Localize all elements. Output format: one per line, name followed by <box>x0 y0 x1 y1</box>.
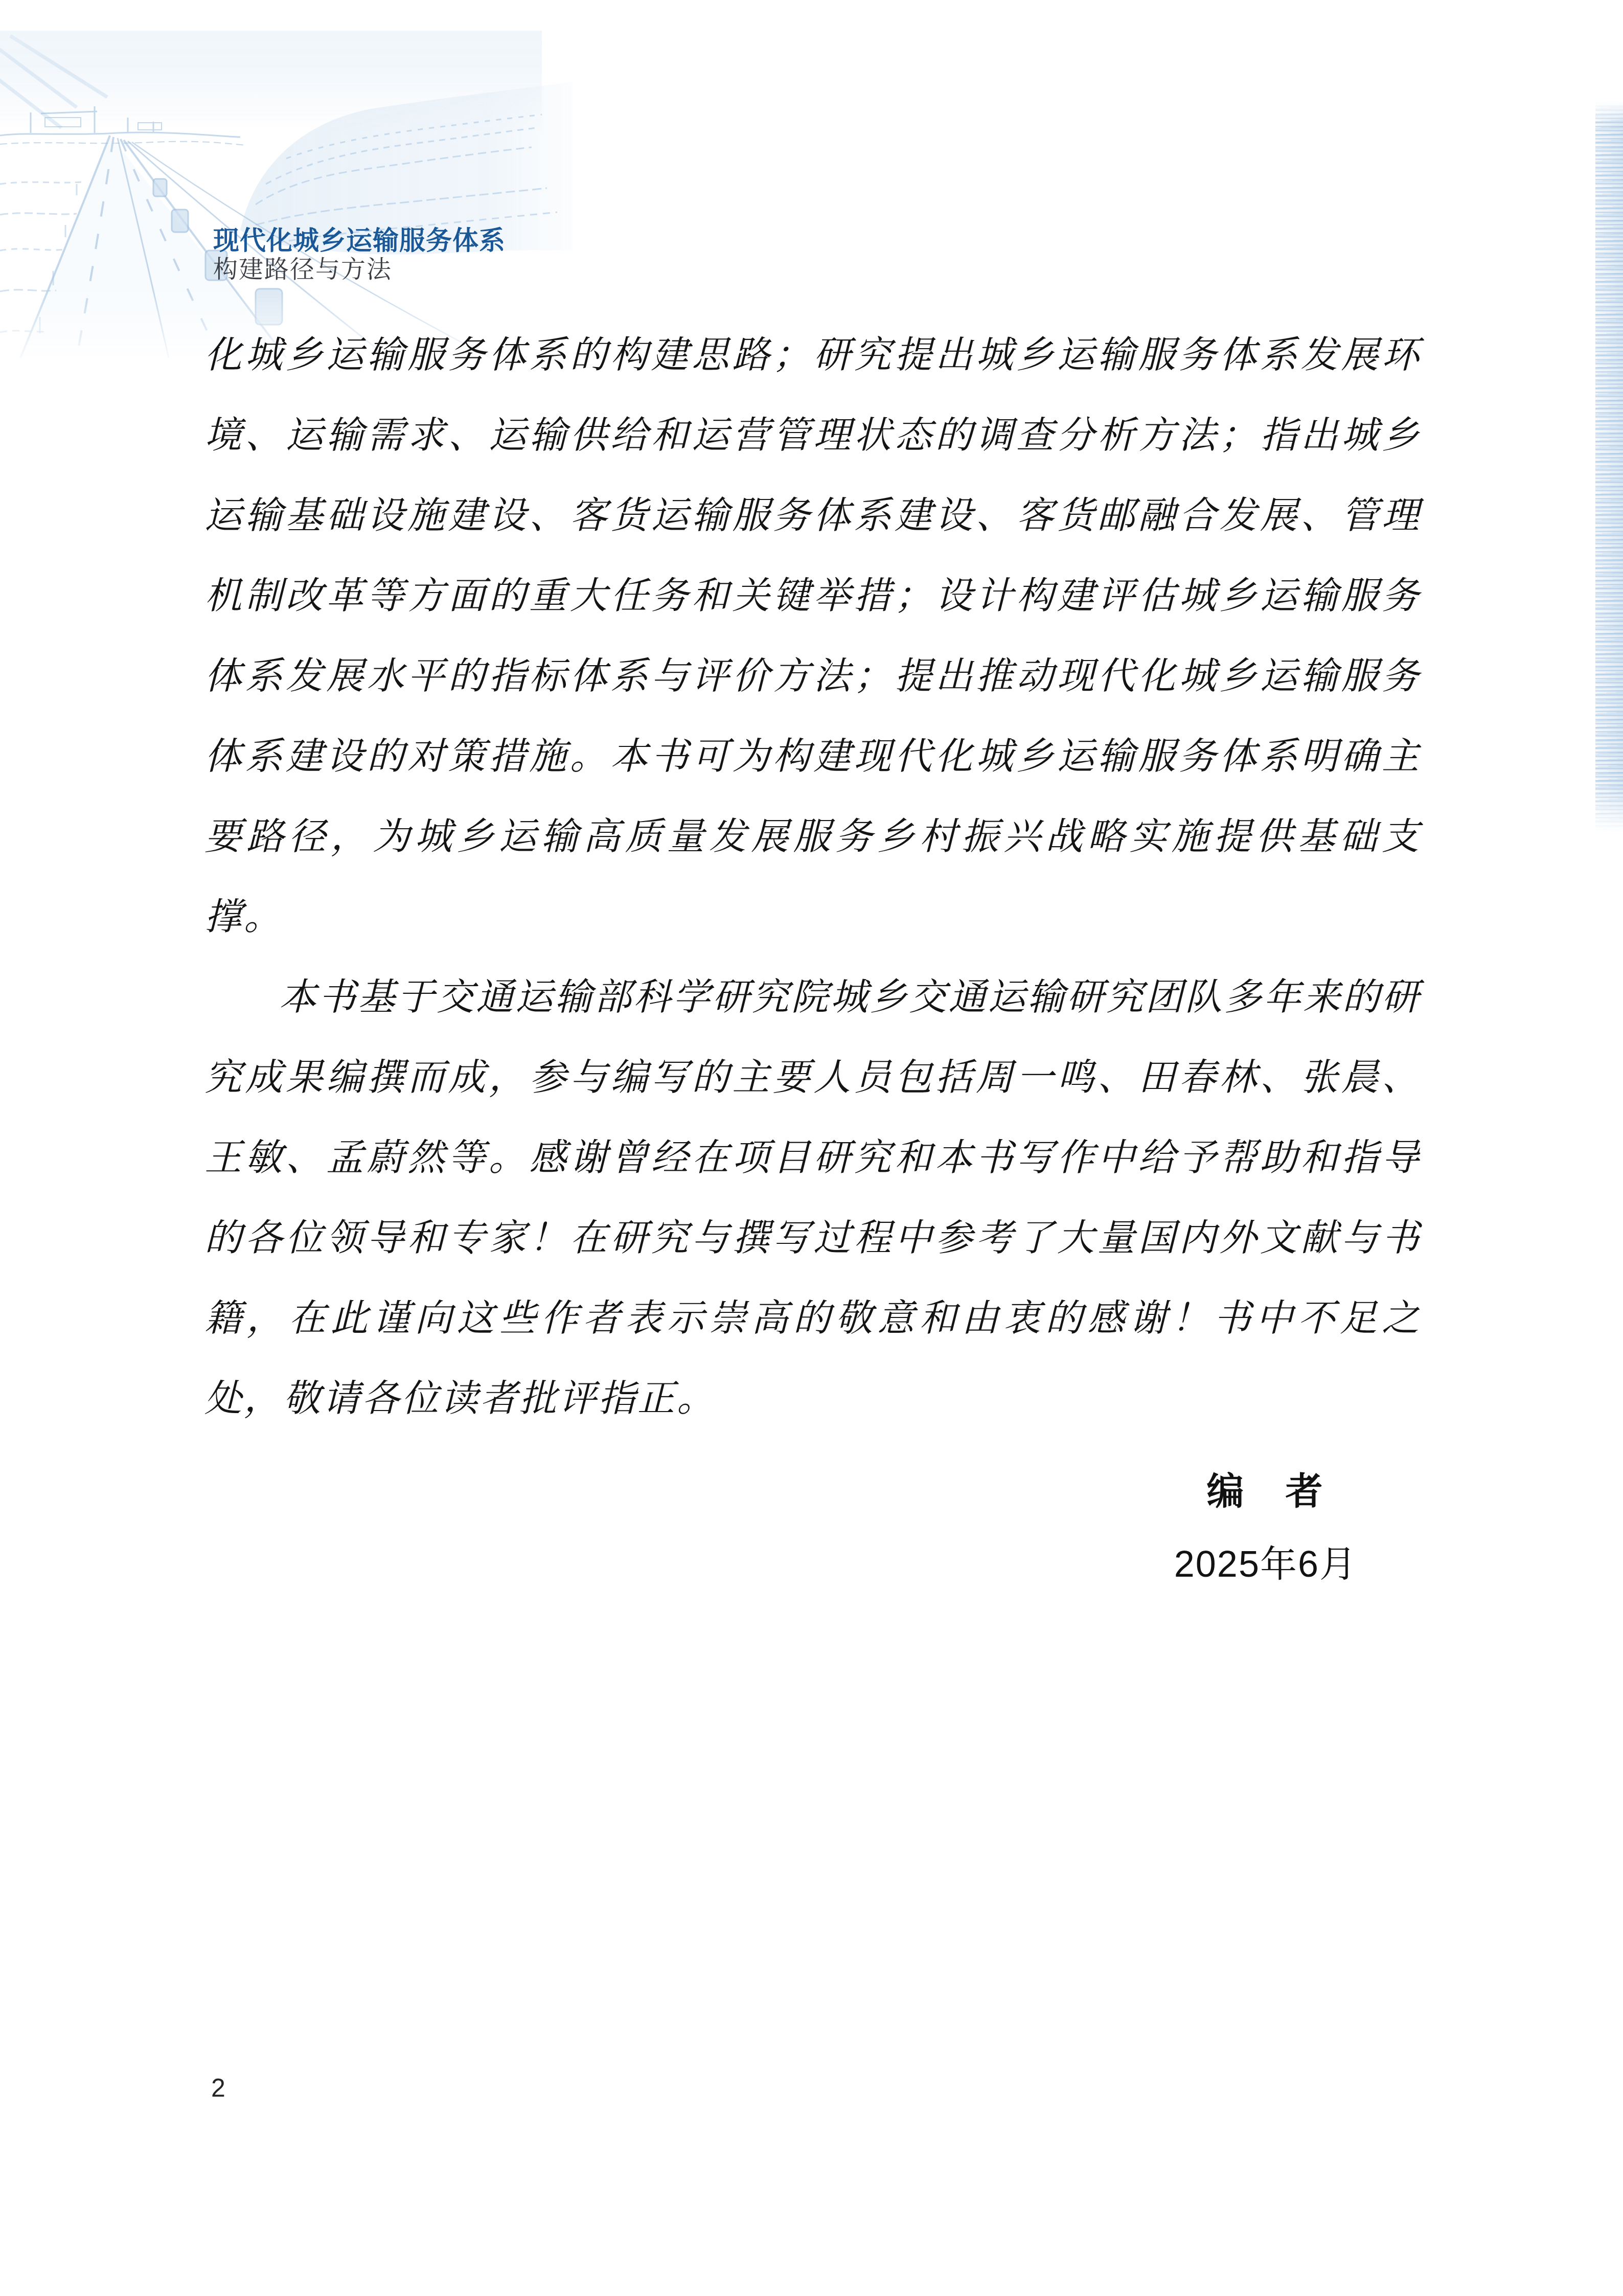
series-title: 现代化城乡运输服务体系 <box>213 225 506 256</box>
preface-body: 化城乡运输服务体系的构建思路；研究提出城乡运输服务体系发展环境、运输需求、运输供… <box>204 315 1421 1439</box>
signature-date: 2025年6月 <box>1174 1544 1357 1585</box>
book-preface-page: 现代化城乡运输服务体系 构建路径与方法 化城乡运输服务体系的构建思路；研究提出城… <box>0 0 1623 2296</box>
signature-block: 编 者 2025年6月 <box>1174 1471 1357 1585</box>
page-edge-watermark <box>1595 101 1623 832</box>
signature-author: 编 者 <box>1174 1471 1357 1512</box>
preface-paragraph-1: 化城乡运输服务体系的构建思路；研究提出城乡运输服务体系发展环境、运输需求、运输供… <box>204 315 1421 957</box>
series-subtitle: 构建路径与方法 <box>213 256 392 284</box>
preface-paragraph-2: 本书基于交通运输部科学研究院城乡交通运输研究团队多年来的研究成果编撰而成，参与编… <box>204 957 1421 1439</box>
page-number: 2 <box>211 2074 225 2102</box>
